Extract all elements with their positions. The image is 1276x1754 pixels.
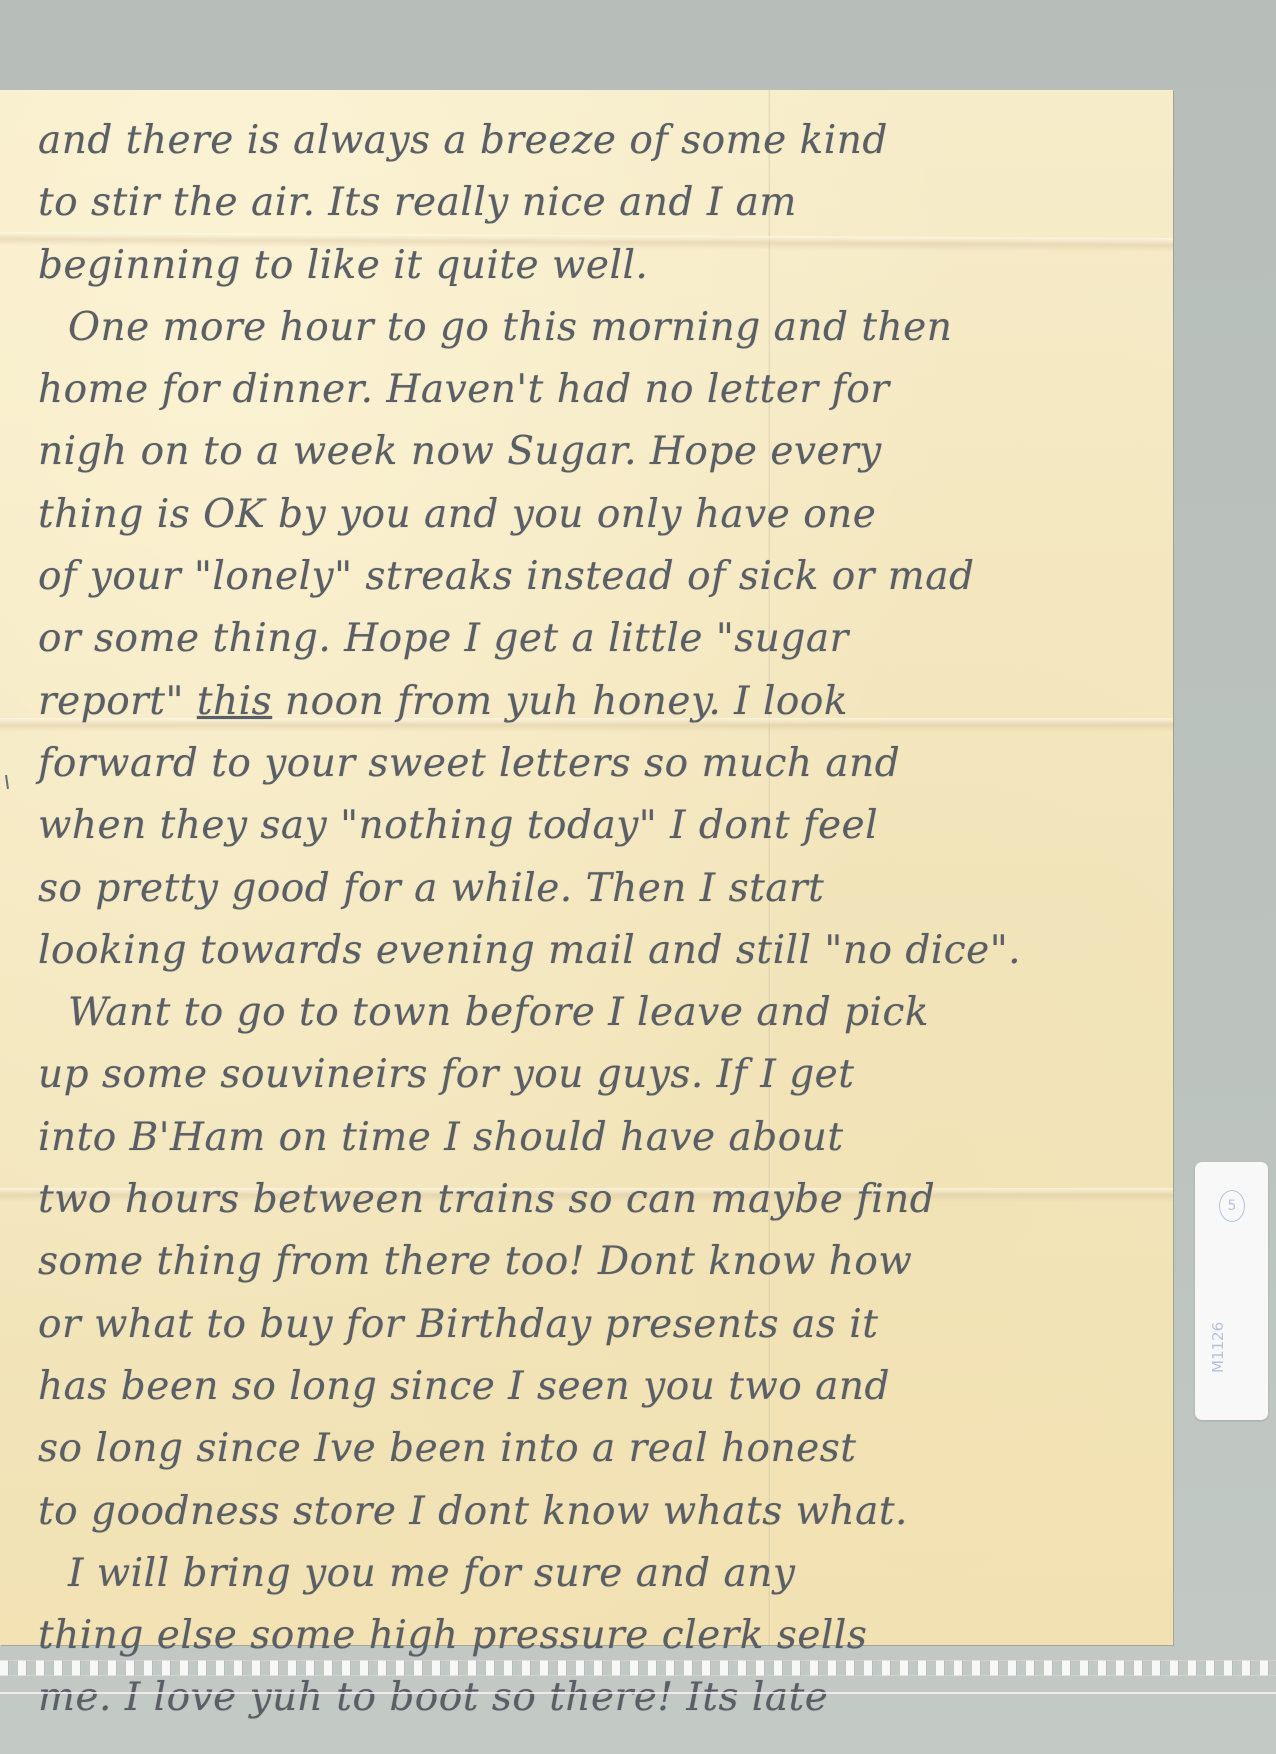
letter-line: and there is always a breeze of some kin… [38,110,1158,172]
letter-line: has been so long since I seen you two an… [38,1356,1158,1418]
letter-line: Want to go to town before I leave and pi… [38,982,1158,1044]
catalog-code: M1126 [1209,1312,1255,1382]
letter-line: home for dinner. Haven't had no letter f… [38,359,1158,421]
letter-line: One more hour to go this morning and the… [38,297,1158,359]
letter-line: or what to buy for Birthday presents as … [38,1294,1158,1356]
letter-line: some thing from there too! Dont know how [38,1231,1158,1293]
letter-line: of your "lonely" streaks instead of sick… [38,546,1158,608]
letter-line: or some thing. Hope I get a little "suga… [38,608,1158,670]
archival-sleeve-edge [0,1692,1276,1694]
letter-line: thing is OK by you and you only have one [38,484,1158,546]
letter-line: to goodness store I dont know whats what… [38,1481,1158,1543]
underlined-word: this [197,679,272,724]
letter-line: up some souvineirs for you guys. If I ge… [38,1044,1158,1106]
letter-line: so pretty good for a while. Then I start [38,858,1158,920]
letter-line: me. I love yuh to boot so there! Its lat… [38,1667,1158,1729]
letter-text: report" [38,679,197,724]
letter-line: beginning to like it quite well. [38,235,1158,297]
letter-line: so long since Ive been into a real hones… [38,1418,1158,1480]
letter-line: report" this noon from yuh honey. I look [38,671,1158,733]
archival-sleeve-perforation [0,1660,1276,1676]
circled-page-number: 5 [1219,1190,1245,1222]
archival-tab-label: 5 M1126 [1195,1162,1268,1420]
letter-line: two hours between trains so can maybe fi… [38,1169,1158,1231]
letter-line: into B'Ham on time I should have about [38,1107,1158,1169]
handwritten-letter-body: and there is always a breeze of some kin… [38,110,1158,1730]
letter-line: looking towards evening mail and still "… [38,920,1158,982]
letter-line: nigh on to a week now Sugar. Hope every [38,421,1158,483]
letter-line: when they say "nothing today" I dont fee… [38,795,1158,857]
letter-text: noon from yuh honey. I look [272,679,848,724]
letter-line: I will bring you me for sure and any [38,1543,1158,1605]
letter-line: forward to your sweet letters so much an… [38,733,1158,795]
letter-line: to stir the air. Its really nice and I a… [38,172,1158,234]
letter-line: thing else some high pressure clerk sell… [38,1605,1158,1667]
